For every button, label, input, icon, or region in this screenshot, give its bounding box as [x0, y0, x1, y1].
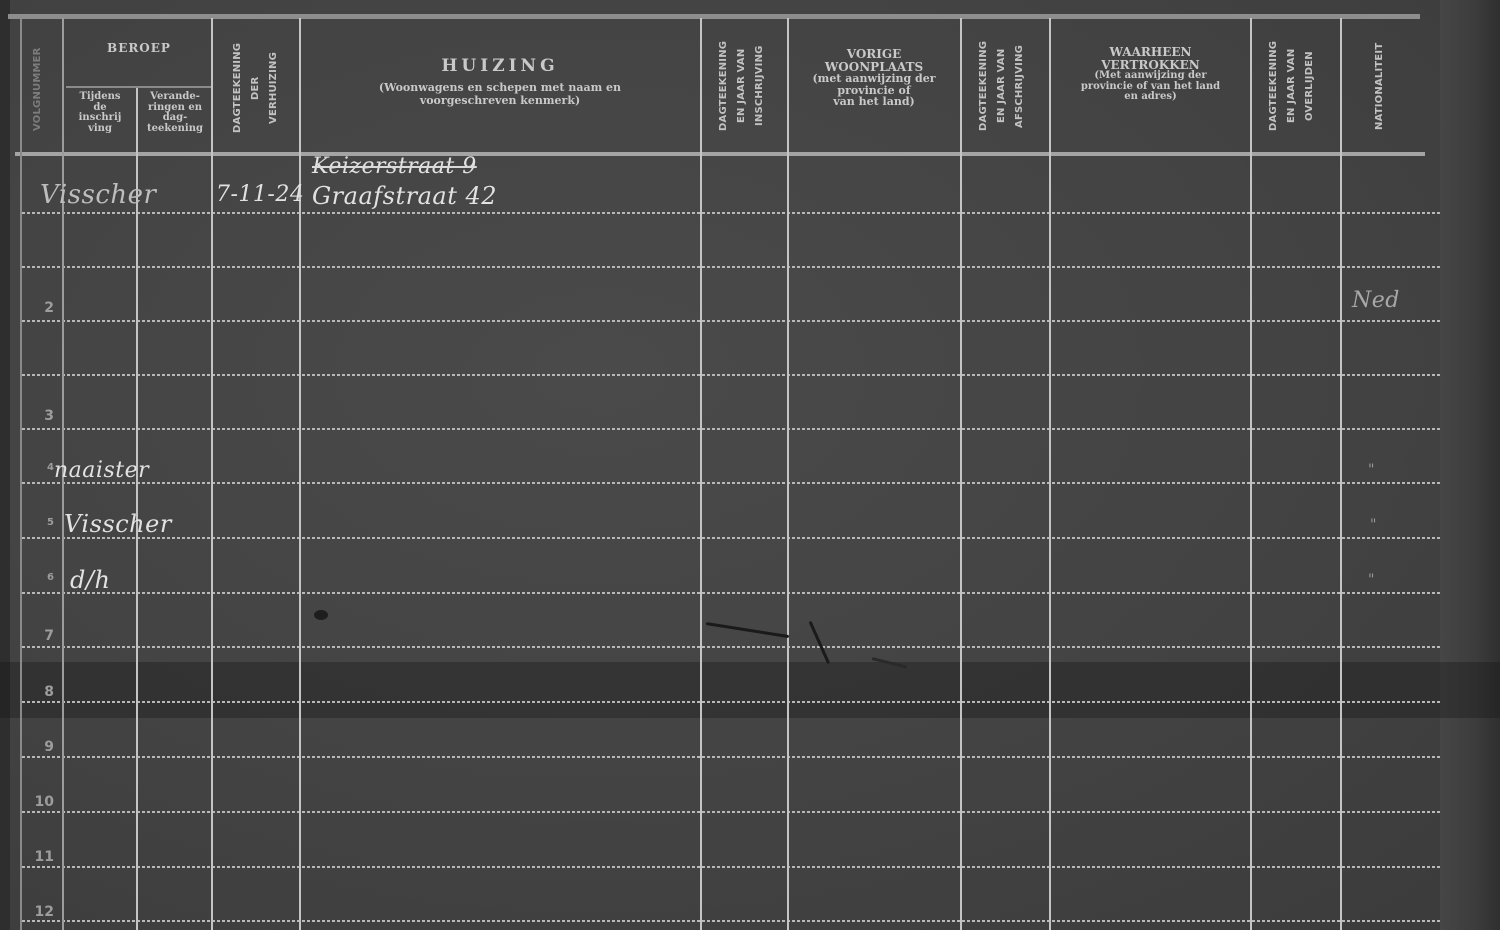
header-huizing-sub: voorgeschreven kenmerk) — [300, 95, 700, 107]
entry-row4-nationaliteit-ditto: " — [1368, 462, 1375, 478]
header-dag-overlijden-2: EN JAAR VAN — [1286, 24, 1297, 148]
header-dag-verhuizing-2: DER — [250, 26, 261, 150]
header-nationaliteit: NATIONALITEIT — [1374, 24, 1385, 148]
row-line — [22, 920, 1442, 922]
row-number: 7 — [30, 628, 54, 644]
row-number: 10 — [30, 794, 54, 810]
header-dag-verhuizing-3: VERHUIZING — [268, 26, 279, 150]
header-beroep-inschrijving: Tijdens de inschrij ving — [64, 92, 136, 134]
header-text: dag- — [138, 113, 212, 124]
ink-blot — [314, 610, 328, 620]
header-dag-afschrijving-2: EN JAAR VAN — [996, 22, 1007, 150]
row-number: 11 — [30, 849, 54, 865]
header-dag-overlijden-1: DAGTEEKENING — [1268, 24, 1279, 148]
header-text: (met aanwijzing der — [788, 73, 960, 85]
row-line — [22, 374, 1442, 376]
header-bottom-rule — [15, 152, 1425, 156]
header-huizing-title: HUIZING — [300, 58, 700, 76]
entry-row1-huizing-struck: Keizerstraat 9 — [312, 154, 477, 179]
header-text: van het land) — [788, 96, 960, 108]
entry-row5-beroep: Visscher — [64, 510, 172, 538]
row-line — [22, 482, 1442, 484]
entry-row1-beroep: Visscher — [40, 180, 156, 210]
column-rule — [211, 18, 213, 930]
row-number: 9 — [30, 739, 54, 755]
top-rule — [8, 14, 1420, 19]
header-text: teekening — [138, 124, 212, 135]
header-beroep-title: BEROEP — [66, 42, 212, 55]
register-page: VOLGNUMMER BEROEP Tijdens de inschrij vi… — [0, 0, 1500, 930]
header-text: Verande- — [138, 92, 212, 103]
row-line — [22, 428, 1442, 430]
header-dag-inschrijving-3: INSCHRIJVING — [754, 22, 765, 150]
entry-row5-nationaliteit-ditto: " — [1370, 517, 1377, 533]
row-line — [22, 811, 1442, 813]
header-text: WAARHEEN — [1051, 46, 1250, 59]
row-line — [22, 266, 1442, 268]
header-dag-afschrijving-3: AFSCHRIJVING — [1014, 22, 1025, 150]
column-rule — [960, 18, 962, 930]
entry-row2-nationaliteit: Ned — [1352, 288, 1400, 313]
header-beroep-veranderingen: Verande- ringen en dag- teekening — [138, 92, 212, 134]
entry-row1-huizing: Graafstraat 42 — [312, 182, 497, 210]
ink-stroke — [706, 622, 789, 638]
column-rule — [136, 88, 138, 930]
header-volgnummer: VOLGNUMMER — [32, 30, 43, 148]
column-rule — [1049, 18, 1051, 930]
header-huizing: HUIZING (Woonwagens en schepen met naam … — [300, 58, 700, 107]
column-rule — [1250, 18, 1252, 930]
ink-stroke — [809, 621, 830, 664]
row-line — [22, 212, 1442, 214]
page-right-edge — [1440, 0, 1500, 930]
header-beroep: BEROEP — [66, 42, 212, 55]
beroep-subheader-rule — [66, 86, 212, 88]
row-number: 6 — [30, 572, 54, 583]
page-left-edge — [0, 0, 10, 930]
row-line — [22, 646, 1442, 648]
dark-fold-band — [0, 662, 1500, 718]
row-line — [22, 866, 1442, 868]
row-number: 4 — [30, 462, 54, 473]
row-line — [22, 320, 1442, 322]
header-text: ving — [64, 124, 136, 135]
entry-row6-nationaliteit-ditto: " — [1368, 572, 1375, 588]
column-rule — [299, 18, 301, 930]
column-rule — [700, 18, 702, 930]
header-dag-inschrijving-1: DAGTEEKENING — [718, 22, 729, 150]
header-waarheen-vertrokken: WAARHEEN VERTROKKEN (Met aanwijzing der … — [1051, 46, 1250, 103]
header-text: Tijdens — [64, 92, 136, 103]
header-text: en adres) — [1051, 92, 1250, 103]
column-rule — [787, 18, 789, 930]
entry-row6-beroep: d/h — [70, 566, 110, 594]
row-line — [22, 756, 1442, 758]
header-huizing-sub: (Woonwagens en schepen met naam en — [300, 82, 700, 94]
header-dag-inschrijving-2: EN JAAR VAN — [736, 22, 747, 150]
row-line — [22, 537, 1442, 539]
column-rule — [1340, 18, 1342, 930]
entry-row4-beroep: naaister — [54, 458, 149, 483]
row-number: 5 — [30, 517, 54, 528]
row-number: 3 — [30, 408, 54, 424]
header-vorige-woonplaats: VORIGE WOONPLAATS (met aanwijzing der pr… — [788, 48, 960, 108]
row-number: 2 — [30, 300, 54, 316]
header-text: VORIGE — [788, 48, 960, 61]
header-text: inschrij — [64, 113, 136, 124]
header-dag-verhuizing-1: DAGTEEKENING — [232, 26, 243, 150]
header-dag-afschrijving-1: DAGTEEKENING — [978, 22, 989, 150]
row-line — [22, 592, 1442, 594]
row-number: 12 — [30, 904, 54, 920]
row-number: 8 — [30, 684, 54, 700]
header-dag-overlijden-3: OVERLIJDEN — [1304, 24, 1315, 148]
column-rule — [20, 18, 22, 930]
row-line — [22, 701, 1442, 703]
entry-row1-dag-verhuizing: 7-11-24 — [216, 182, 304, 207]
